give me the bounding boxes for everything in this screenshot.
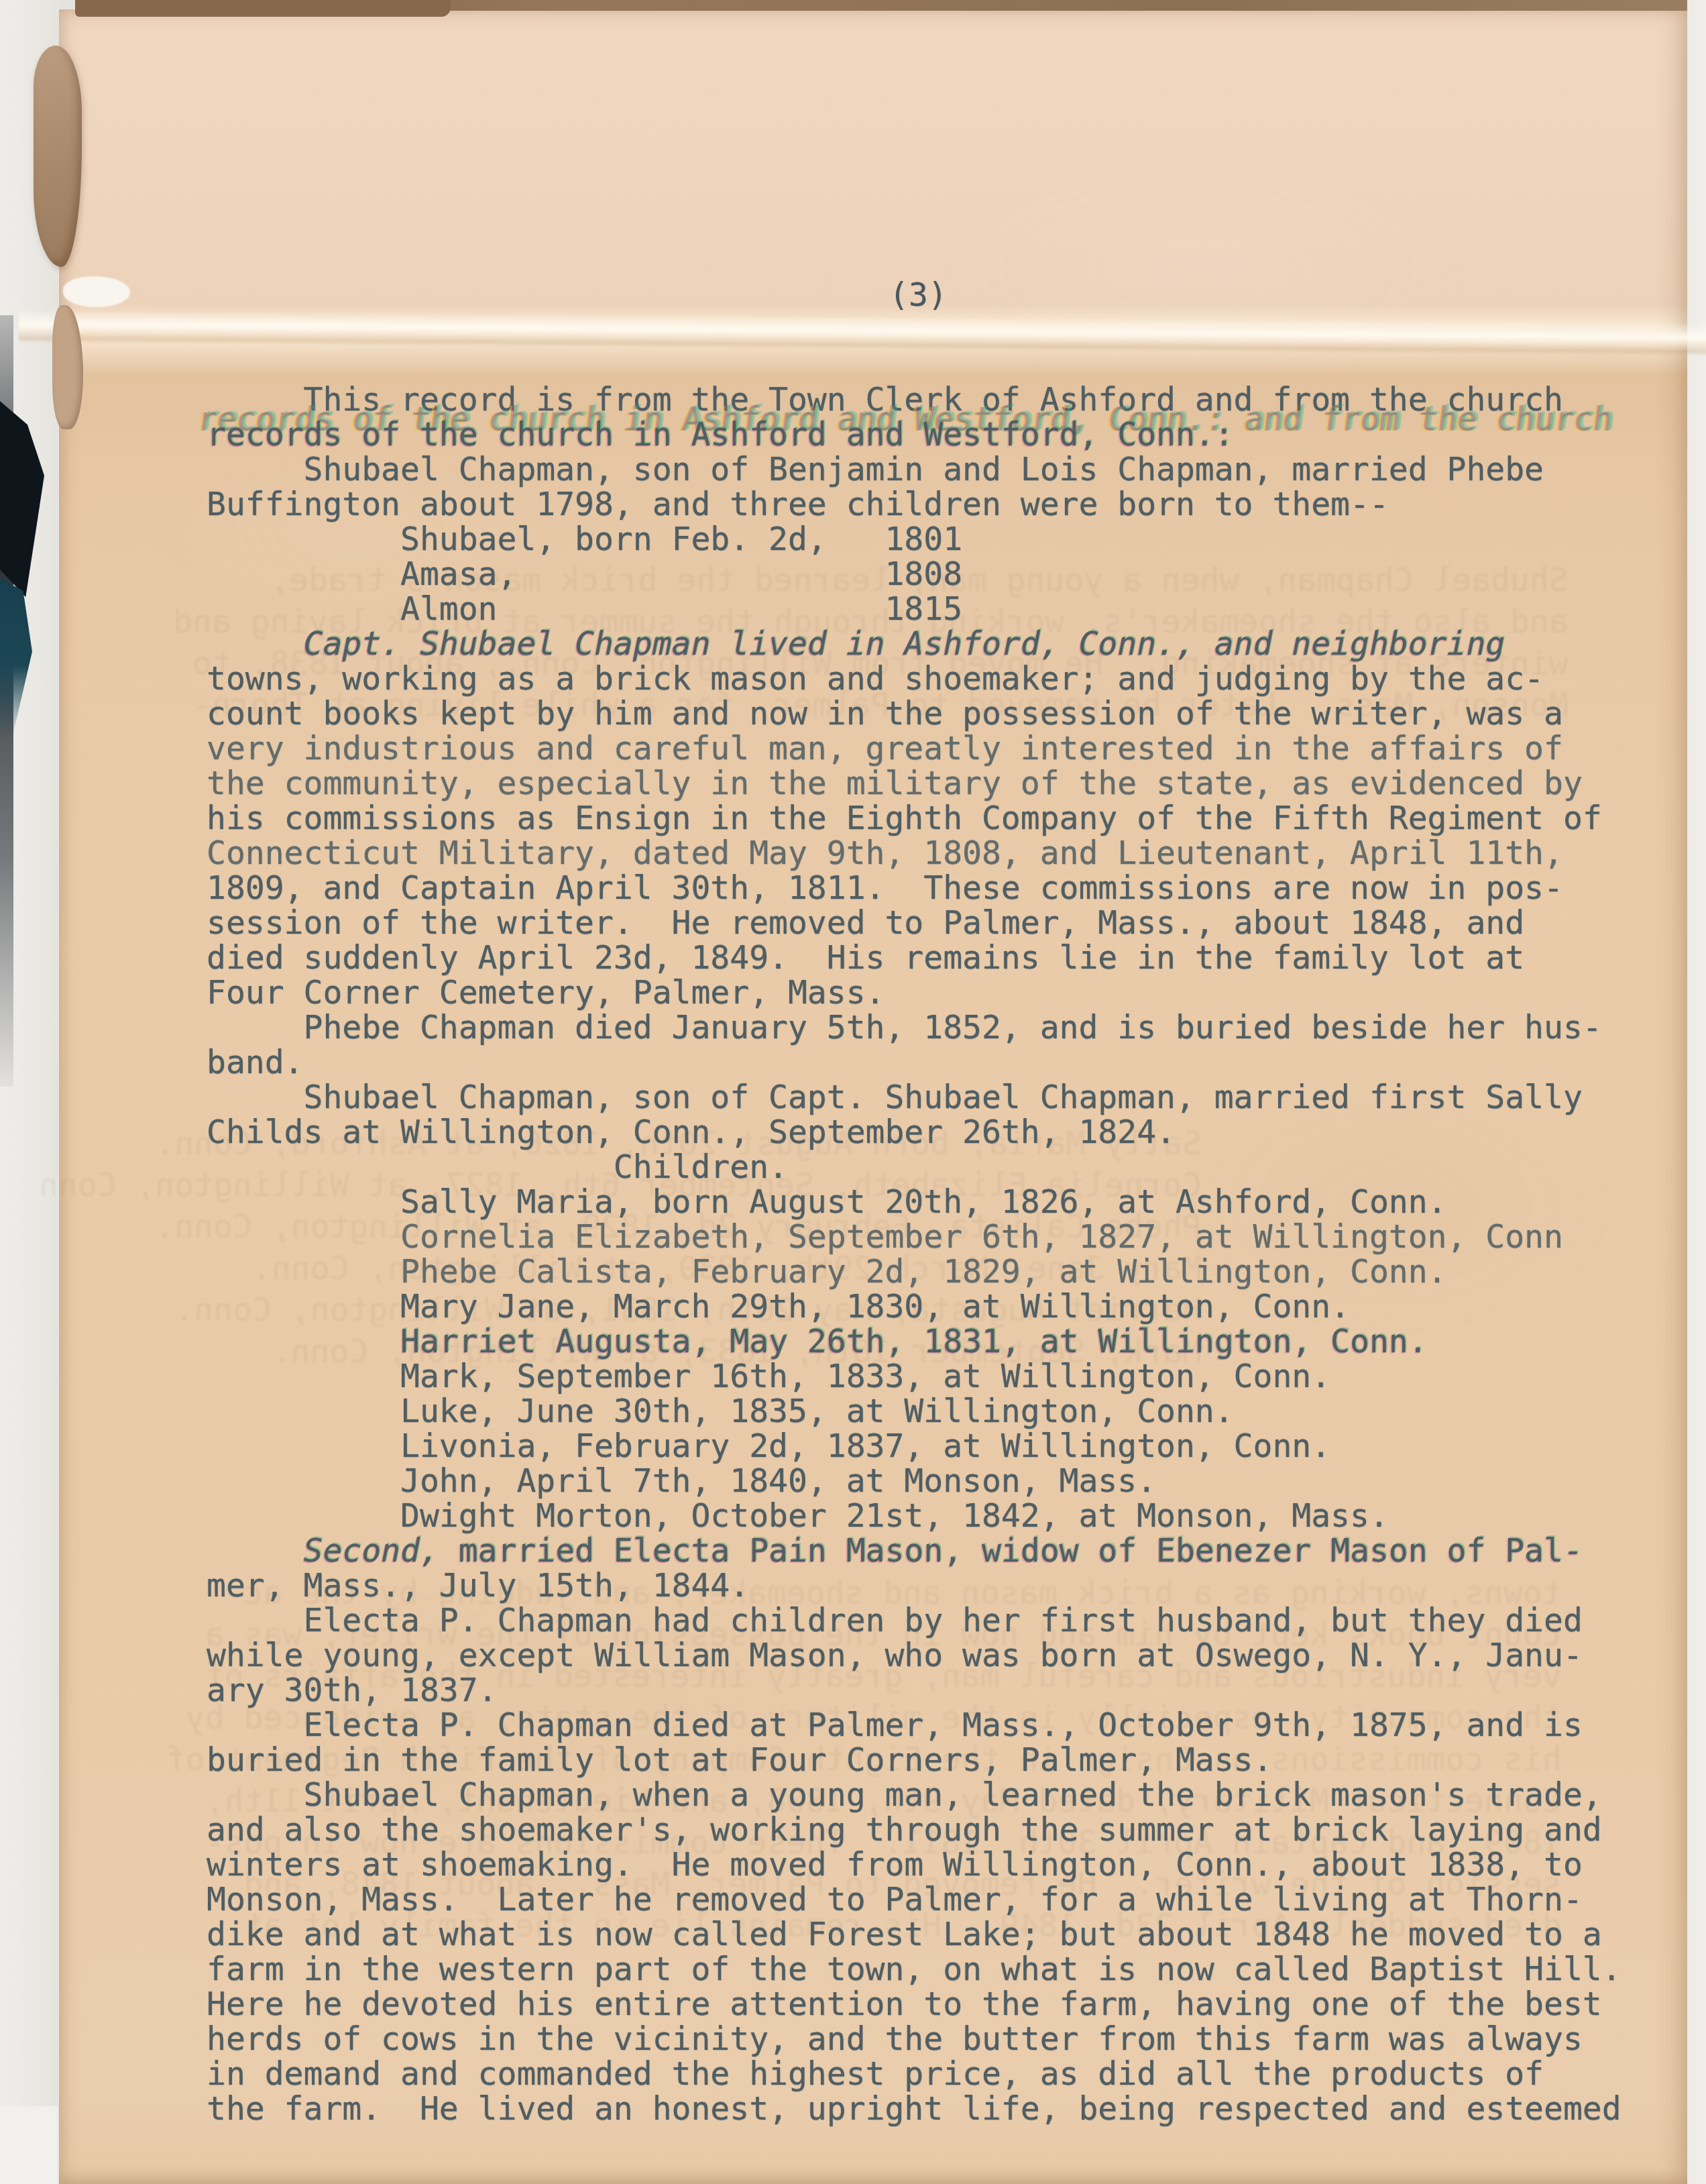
typed-line: band. [207, 1045, 304, 1080]
typed-line: while young, except William Mason, who w… [207, 1638, 1583, 1673]
typed-line: married Electa Pain Mason, widow of Eben… [207, 1533, 1583, 1568]
typed-line: Shubael Chapman, son of Capt. Shubael Ch… [207, 1080, 1583, 1115]
typed-line: Capt. Shubael Chapman lived in Ashford, … [207, 626, 1505, 661]
typed-line: ary 30th, 1837. [207, 1673, 497, 1708]
typed-line: Connecticut Military, dated May 9th, 180… [207, 836, 1563, 871]
scanned-page: Shubael Chapman, when a young man, learn… [59, 9, 1687, 2184]
typed-line: his commissions as Ensign in the Eighth … [207, 801, 1602, 836]
typed-line: Buffington about 1798, and three childre… [207, 487, 1389, 522]
typed-line: the farm. He lived an honest, upright li… [207, 2091, 1622, 2126]
typed-line: Mark, September 16th, 1833, at Willingto… [207, 1359, 1330, 1394]
scanner-edge-teal-streak [0, 578, 32, 738]
typed-line: Here he devoted his entire attention to … [207, 1987, 1602, 2022]
typed-line: Livonia, February 2d, 1837, at Willingto… [207, 1429, 1330, 1464]
bottom-left-backing [0, 2106, 58, 2184]
torn-corner-backing [34, 46, 82, 267]
typed-line: in demand and commanded the highest pric… [207, 2057, 1544, 2091]
typed-line: Shubael Chapman, son of Benjamin and Loi… [207, 452, 1544, 487]
typed-line: Shubael, born Feb. 2d, 1801 [207, 522, 962, 557]
page-number: (3) [889, 276, 948, 314]
typed-line: mer, Mass., July 15th, 1844. [207, 1568, 749, 1603]
typed-line: dike and at what is now called Forest La… [207, 1917, 1602, 1952]
typed-line: and also the shoemaker's, working throug… [207, 1812, 1602, 1847]
typed-line: Phebe Calista, February 2d, 1829, at Wil… [207, 1254, 1447, 1289]
typed-line: Electa P. Chapman had children by her fi… [207, 1603, 1583, 1638]
typed-line: Shubael Chapman, when a young man, learn… [207, 1778, 1602, 1812]
typed-text-block: This record is from the Town Clerk of As… [207, 382, 1706, 2160]
typed-line: Luke, June 30th, 1835, at Willington, Co… [207, 1394, 1234, 1429]
typed-line: Dwight Morton, October 21st, 1842, at Mo… [207, 1498, 1389, 1533]
typed-line: Electa P. Chapman died at Palmer, Mass.,… [207, 1708, 1583, 1743]
typed-line: winters at shoemaking. He moved from Wil… [207, 1847, 1583, 1882]
typed-line: 1809, and Captain April 30th, 1811. Thes… [207, 871, 1563, 906]
typed-line: Four Corner Cemetery, Palmer, Mass. [207, 975, 885, 1010]
typed-line: the community, especially in the militar… [207, 766, 1583, 801]
typed-line: buried in the family lot at Four Corners… [207, 1743, 1272, 1778]
typed-line: very industrious and careful man, greatl… [207, 731, 1563, 766]
typed-line: records of the church in Ashford and Wes… [207, 417, 1234, 452]
typed-line: Monson, Mass. Later he removed to Palmer… [207, 1882, 1583, 1917]
typed-line: session of the writer. He removed to Pal… [207, 906, 1524, 940]
typed-line: Children. [207, 1150, 788, 1185]
typed-line: Amasa, 1808 [207, 557, 962, 592]
typed-line: herds of cows in the vicinity, and the b… [207, 2022, 1583, 2057]
typed-line: Harriet Augusta, May 26th, 1831, at Will… [207, 1324, 1428, 1359]
typed-line: Almon 1815 [207, 592, 962, 626]
typed-line: Phebe Chapman died January 5th, 1852, an… [207, 1010, 1602, 1045]
fold-left-notch [63, 276, 130, 307]
typed-line: Cornelia Elizabeth, September 6th, 1827,… [207, 1219, 1563, 1254]
typed-line: count books kept by him and now in the p… [207, 696, 1563, 731]
fold-crease [19, 309, 1706, 357]
typed-line: died suddenly April 23d, 1849. His remai… [207, 940, 1524, 975]
scanner-edge-black-wedge [0, 401, 44, 597]
typed-line: Mary Jane, March 29th, 1830, at Willingt… [207, 1289, 1350, 1324]
typed-line: Childs at Willington, Conn., September 2… [207, 1115, 1176, 1150]
typed-line: Sally Maria, born August 20th, 1826, at … [207, 1185, 1447, 1219]
typed-line: towns, working as a brick mason and shoe… [207, 661, 1544, 696]
torn-top-edge-thick [75, 0, 451, 17]
typed-line: John, April 7th, 1840, at Monson, Mass. [207, 1464, 1156, 1498]
typed-line: farm in the western part of the town, on… [207, 1952, 1622, 1987]
